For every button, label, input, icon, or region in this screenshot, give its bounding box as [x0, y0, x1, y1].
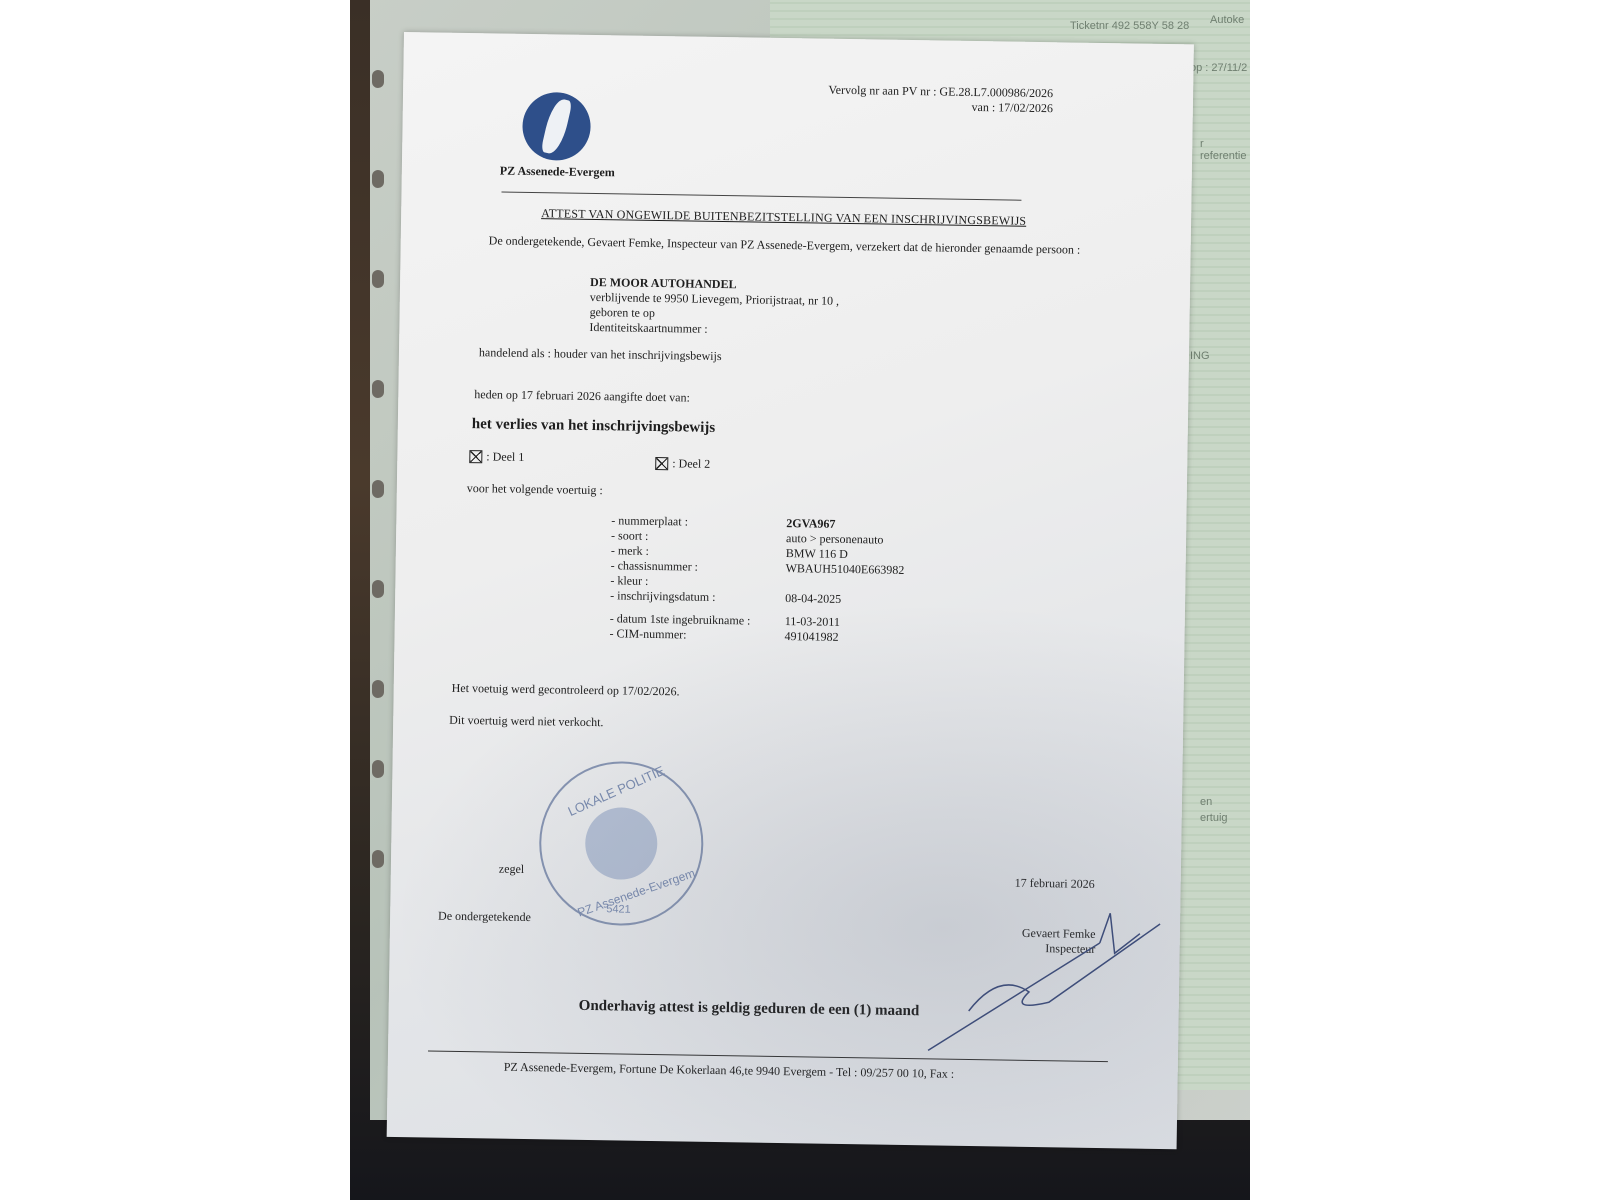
seal-label: zegel: [499, 862, 525, 877]
part-1: : Deel 1: [469, 449, 524, 465]
acting-as: handelend als : houder van het inschrijv…: [479, 345, 722, 364]
field-value: BMW 116 D: [786, 546, 848, 562]
bg-text: r referentie: [1200, 138, 1250, 162]
police-logo-icon: [522, 92, 591, 161]
field-value: 491041982: [784, 629, 838, 645]
footer-address: PZ Assenede-Evergem, Fortune De Kokerlaa…: [504, 1060, 955, 1082]
bg-text: op : 27/11/2: [1190, 62, 1247, 74]
field-value: 2GVA967: [786, 516, 835, 532]
field-label: - inschrijvingsdatum :: [610, 588, 785, 606]
field-value: WBAUH51040E663982: [786, 561, 905, 578]
signature-icon: [908, 900, 1170, 1064]
field-value: 08-04-2025: [785, 591, 841, 607]
document-title: ATTEST VAN ONGEWILDE BUITENBEZITSTELLING…: [541, 206, 1026, 229]
bg-text: Ticketnr 492 558Y 58 28: [1070, 20, 1189, 32]
not-sold-statement: Dit voertuig werd niet verkocht.: [449, 713, 604, 730]
bg-text: en: [1200, 796, 1212, 808]
declaration-text: heden op 17 februari 2026 aangifte doet …: [474, 387, 690, 405]
photo-background: Ticketnr 492 558Y 58 28 Autoke op : 27/1…: [350, 0, 1250, 1200]
loss-heading: het verlies van het inschrijvingsbewijs: [472, 417, 716, 436]
field-value: 11-03-2011: [785, 614, 840, 630]
police-stamp: LOKALE POLITIE PZ Assenede-Evergem 5421: [538, 760, 705, 927]
part-2-label: : Deel 2: [672, 456, 710, 472]
field-value: auto > personenauto: [786, 531, 884, 548]
checked-box-icon: [655, 457, 668, 470]
stamp-flame-icon: [585, 807, 658, 880]
attest-document: PZ Assenede-Evergem Vervolg nr aan PV nr…: [387, 32, 1194, 1149]
vehicle-row: - inschrijvingsdatum :08-04-2025: [610, 588, 904, 608]
sign-date: 17 februari 2026: [1015, 876, 1095, 892]
part-1-label: : Deel 1: [486, 449, 524, 465]
checked-box-icon: [469, 450, 482, 463]
bg-text: ertuig: [1200, 812, 1228, 824]
logo-caption: PZ Assenede-Evergem: [500, 164, 615, 181]
punch-holes: [368, 0, 388, 1100]
bg-text: Autoke: [1210, 14, 1244, 26]
part-2: : Deel 2: [655, 456, 710, 472]
field-label: - CIM-nummer:: [609, 626, 784, 644]
person-id-card: Identiteitskaartnummer :: [589, 320, 838, 339]
vehicle-details: - nummerplaat :2GVA967 - soort :auto > p…: [609, 513, 905, 646]
divider: [501, 192, 1021, 201]
validity-notice: Onderhavig attest is geldig geduren de e…: [579, 999, 920, 1019]
intro-text: De ondergetekende, Gevaert Femke, Inspec…: [489, 233, 1089, 257]
for-vehicle-label: voor het volgende voertuig :: [467, 481, 603, 498]
stamp-number: 5421: [606, 903, 631, 915]
reference-block: Vervolg nr aan PV nr : GE.28.L7.000986/2…: [828, 83, 1053, 117]
pv-date: van : 17/02/2026: [828, 98, 1053, 117]
bg-text: ING: [1190, 350, 1210, 362]
vehicle-row: - CIM-nummer:491041982: [609, 626, 903, 646]
person-block: DE MOOR AUTOHANDEL verblijvende te 9950 …: [589, 275, 839, 339]
signer-label: De ondergetekende: [438, 909, 531, 925]
checked-statement: Het voetuig werd gecontroleerd op 17/02/…: [452, 681, 680, 700]
